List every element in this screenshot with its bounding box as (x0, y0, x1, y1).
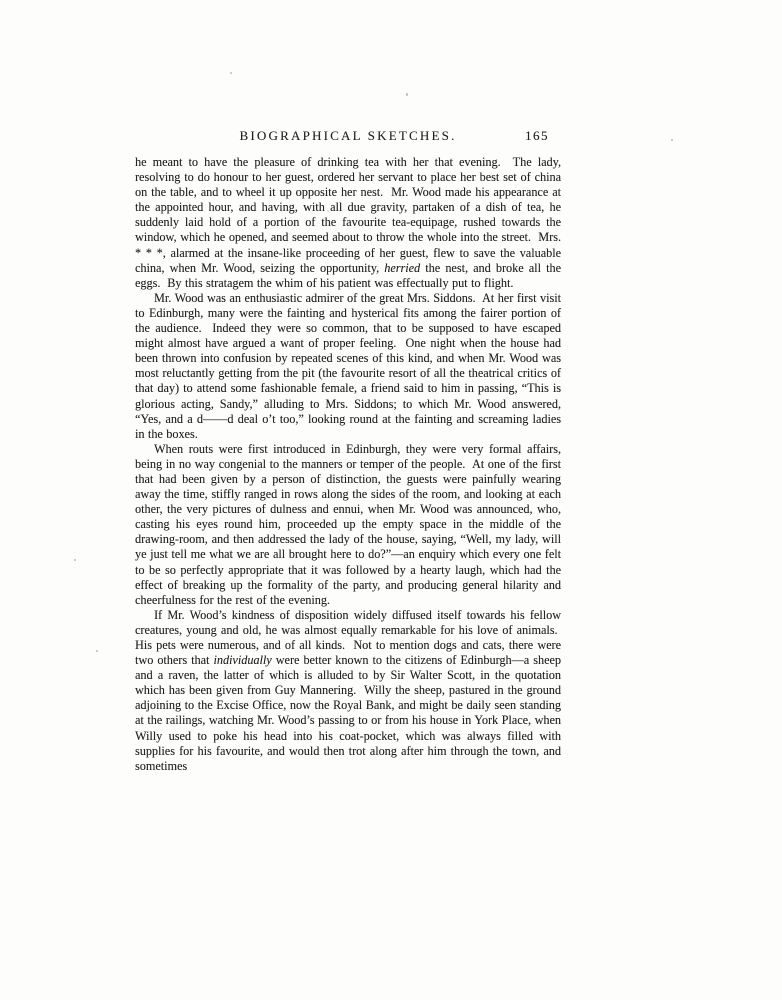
emphasized-word: individually (213, 653, 271, 667)
text-run: he meant to have the pleasure of drinkin… (135, 155, 561, 275)
scan-speck (671, 139, 673, 141)
text-run: Mr. Wood was an enthusiastic admirer of … (135, 291, 561, 441)
running-head-title: BIOGRAPHICAL SKETCHES. (240, 128, 457, 143)
paragraph-1: he meant to have the pleasure of drinkin… (135, 155, 561, 291)
emphasized-word: herried (384, 261, 420, 275)
scan-speck (230, 72, 232, 74)
scan-speck (74, 559, 76, 561)
page-number: 165 (525, 128, 549, 144)
book-page: BIOGRAPHICAL SKETCHES. 165 he meant to h… (0, 0, 782, 1000)
scan-speck (406, 93, 408, 96)
text-run: When routs were first introduced in Edin… (135, 442, 561, 607)
page-content: BIOGRAPHICAL SKETCHES. 165 he meant to h… (135, 128, 561, 774)
text-run: were better known to the citizens of Edi… (135, 653, 561, 773)
page-body: he meant to have the pleasure of drinkin… (135, 155, 561, 774)
paragraph-3: When routs were first introduced in Edin… (135, 442, 561, 608)
scan-speck (96, 650, 98, 652)
running-head: BIOGRAPHICAL SKETCHES. 165 (135, 128, 561, 144)
paragraph-2: Mr. Wood was an enthusiastic admirer of … (135, 291, 561, 442)
paragraph-4: If Mr. Wood’s kindness of disposition wi… (135, 608, 561, 774)
